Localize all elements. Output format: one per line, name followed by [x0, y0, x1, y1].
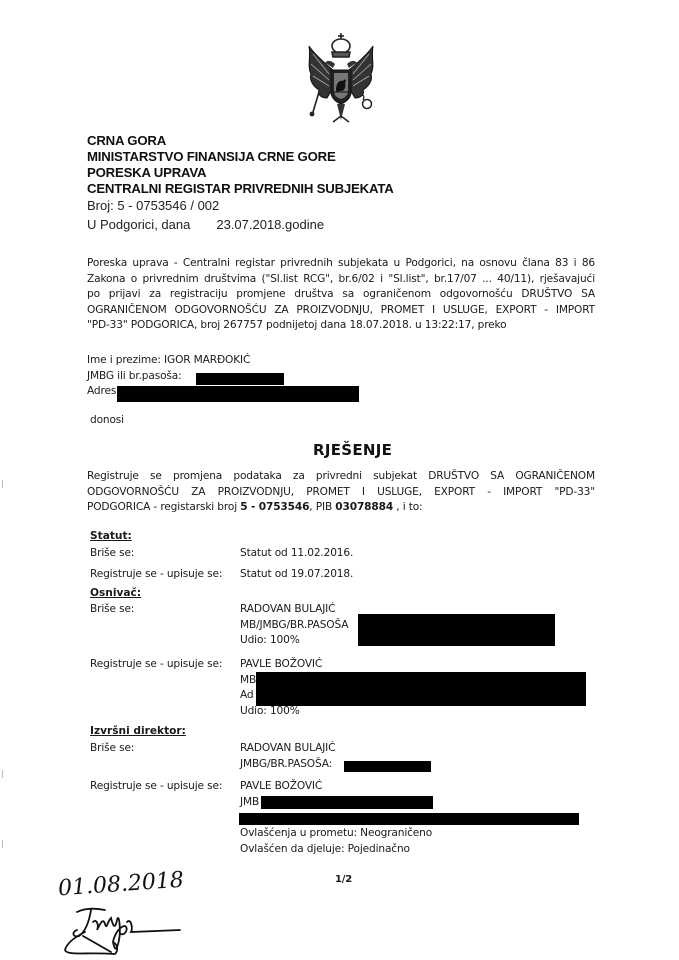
document-number: Broj: 5 - 0753546 / 002 — [87, 198, 427, 214]
redacted-director-register-id — [261, 796, 433, 809]
header-country: CRNA GORA — [87, 133, 427, 149]
section-founder-heading: Osnivač: — [90, 587, 141, 599]
founder-delete-name: RADOVAN BULAJIĆ — [240, 602, 348, 618]
founder-register-name: PAVLE BOŽOVIĆ — [240, 657, 322, 673]
section-director-heading: Izvršni direktor: — [90, 725, 186, 737]
founder-delete-share: Udio: 100% — [240, 633, 348, 649]
redacted-founder-delete-id — [358, 614, 555, 646]
page-number: 1/2 — [335, 872, 352, 888]
coat-of-arms-icon — [303, 30, 379, 128]
scan-mark — [2, 770, 3, 778]
scan-mark — [2, 840, 3, 848]
founder-delete-label: Briše se: — [90, 602, 134, 618]
statut-register-label: Registruje se - upisuje se: — [90, 567, 222, 583]
intro-line: Poreska uprava - Centralni registar priv… — [87, 256, 595, 272]
director-acts: Ovlašćen da djeluje: Pojedinačno — [240, 842, 432, 858]
statut-register-value: Statut od 19.07.2018. — [240, 567, 353, 583]
redacted-director-register-address — [239, 813, 579, 825]
decision-paragraph: Registruje se promjena podataka za privr… — [87, 469, 595, 516]
section-statut-heading: Statut: — [90, 530, 132, 542]
intro-line: "PD-33" PODGORICA, broj 267757 podnijeto… — [87, 318, 595, 334]
director-register-powers: Ovlašćenja u prometu: Neograničeno Ovlaš… — [240, 826, 432, 857]
decision-line: Registruje se promjena podataka za privr… — [87, 469, 595, 485]
director-authority: Ovlašćenja u prometu: Neograničeno — [240, 826, 432, 842]
decision-line-last: PODGORICA - registarski broj 5 - 0753546… — [87, 500, 595, 516]
redacted-director-delete-id — [344, 761, 431, 772]
donosi-text: donosi — [90, 413, 124, 429]
pib-number: 03078884 — [335, 501, 393, 513]
redacted-founder-register-info — [256, 672, 586, 706]
director-delete-id-label: JMBG/BR.PASOŠA: — [240, 757, 335, 773]
decision-title: RJEŠENJE — [313, 441, 392, 459]
registration-number: 5 - 0753546 — [240, 501, 309, 513]
director-delete-details: RADOVAN BULAJIĆ JMBG/BR.PASOŠA: — [240, 741, 335, 772]
intro-line: po prijavi za registraciju promjene druš… — [87, 287, 595, 303]
intro-paragraph: Poreska uprava - Centralni registar priv… — [87, 256, 595, 334]
place-label: U Podgorici, dana — [87, 217, 190, 232]
director-delete-label: Briše se: — [90, 741, 134, 757]
director-register-label: Registruje se - upisuje se: — [90, 779, 222, 795]
intro-line: OGRANIČENOM ODGOVORNOŠĆU ZA PROIZVODNJU,… — [87, 303, 595, 319]
founder-register-label: Registruje se - upisuje se: — [90, 657, 222, 673]
founder-delete-id-label: MB/JMBG/BR.PASOŠA — [240, 618, 348, 634]
decision-line: ODGOVORNOŠĆU ZA PROIZVODNJU, PROMET I US… — [87, 485, 595, 501]
handwritten-date: 01.08.2018 — [57, 868, 184, 902]
applicant-name: Ime i prezime: IGOR MARĐOKIĆ — [87, 353, 387, 369]
header-ministry: MINISTARSTVO FINANSIJA CRNE GORE — [87, 149, 427, 165]
document-date-line: U Podgorici, dana23.07.2018.godine — [87, 217, 427, 233]
document-date: 23.07.2018.godine — [216, 217, 324, 233]
scan-mark — [2, 480, 3, 488]
document-header: CRNA GORA MINISTARSTVO FINANSIJA CRNE GO… — [87, 133, 427, 233]
signature-icon — [55, 900, 185, 960]
header-registry: CENTRALNI REGISTAR PRIVREDNIH SUBJEKATA — [87, 181, 427, 197]
director-register-name: PAVLE BOŽOVIĆ — [240, 779, 322, 795]
redacted-applicant-address — [117, 386, 359, 402]
statut-delete-label: Briše se: — [90, 546, 134, 562]
founder-delete-details: RADOVAN BULAJIĆ MB/JMBG/BR.PASOŠA Udio: … — [240, 602, 348, 649]
director-delete-name: RADOVAN BULAJIĆ — [240, 741, 335, 757]
statut-delete-value: Statut od 11.02.2016. — [240, 546, 353, 562]
redacted-applicant-id — [196, 373, 284, 385]
intro-line: Zakona o privrednim društvima ("Sl.list … — [87, 272, 595, 288]
header-tax-authority: PORESKA UPRAVA — [87, 165, 427, 181]
